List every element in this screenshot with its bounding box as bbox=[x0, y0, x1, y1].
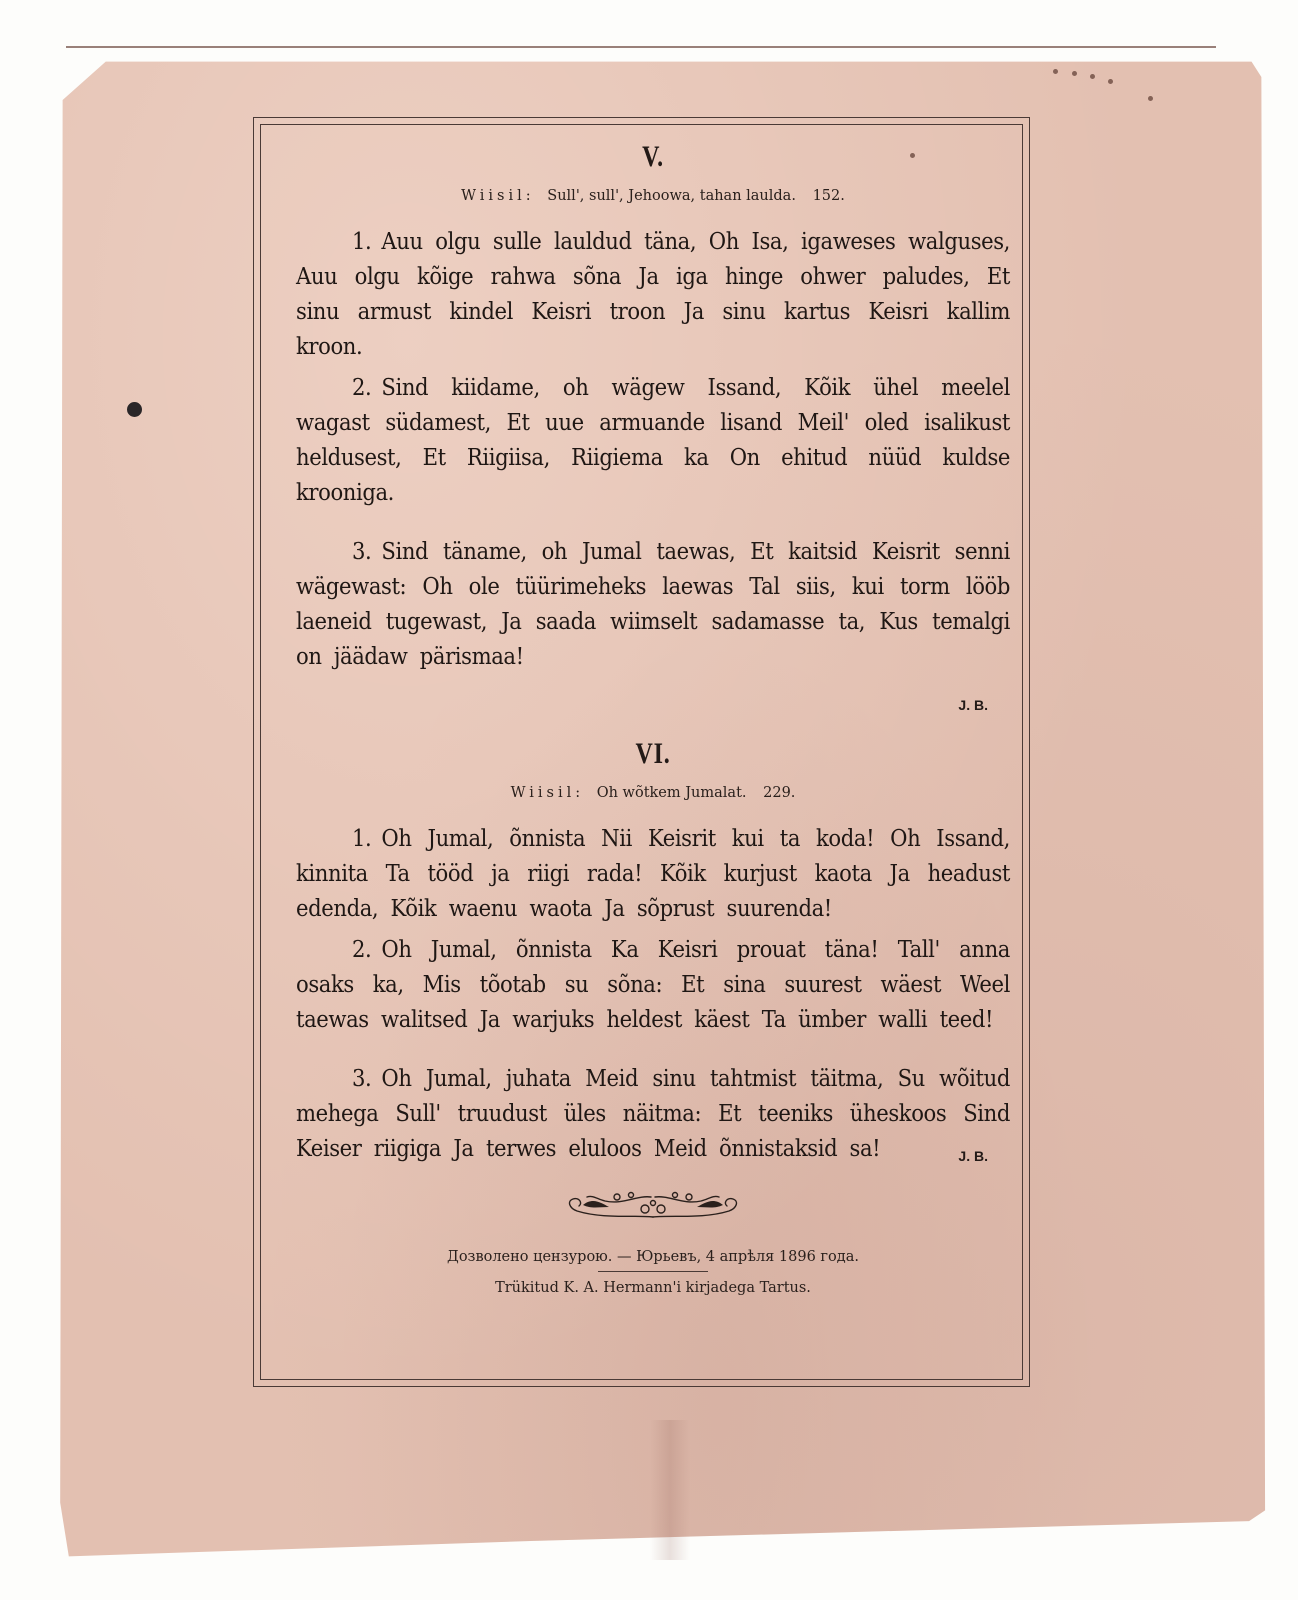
scroll-flourish-ornament-icon bbox=[563, 1189, 743, 1223]
section-number: VI. bbox=[367, 737, 938, 771]
paper-speck bbox=[1108, 79, 1113, 84]
verse-text: Oh Jumal, õnnista Nii Keisrit kui ta kod… bbox=[296, 824, 1010, 922]
tune-title: Sull', sull', Jehoowa, tahan laulda. bbox=[547, 188, 796, 204]
paper-speck bbox=[1072, 71, 1077, 76]
paper-speck bbox=[1090, 74, 1095, 79]
verse-number: 1. bbox=[352, 824, 371, 852]
verse-list: 1.Oh Jumal, õnnista Nii Keisrit kui ta k… bbox=[296, 821, 1010, 1166]
tune-number: 152. bbox=[813, 188, 845, 204]
hymn-sheet-content: V. Wiisil: Sull', sull', Jehoowa, tahan … bbox=[296, 140, 1010, 1296]
printer-imprint: Trükitud K. A. Hermann'i kirjadega Tartu… bbox=[296, 1280, 1010, 1296]
tune-line: Wiisil: Oh wõtkem Jumalat. 229. bbox=[296, 785, 1010, 801]
verse-number: 2. bbox=[352, 935, 371, 963]
verse-number: 2. bbox=[352, 373, 371, 401]
verse: 2.Sind kiidame, oh wägew Issand, Kõik üh… bbox=[296, 370, 1010, 510]
verse-text: Sind täname, oh Jumal taewas, Et kaitsid… bbox=[296, 537, 1010, 670]
paper-fold-edge bbox=[66, 46, 1216, 48]
verse-list: 1.Auu olgu sulle lauldud täna, Oh Isa, i… bbox=[296, 224, 1010, 674]
author-signature: J. B. bbox=[296, 697, 988, 713]
divider-rule bbox=[598, 1271, 708, 1272]
hymn-section-vi: VI. Wiisil: Oh wõtkem Jumalat. 229. 1.Oh… bbox=[296, 737, 1010, 1166]
tune-line: Wiisil: Sull', sull', Jehoowa, tahan lau… bbox=[296, 188, 1010, 204]
paper-speck bbox=[1148, 96, 1153, 101]
tune-number: 229. bbox=[763, 785, 795, 801]
verse: 2.Oh Jumal, õnnista Ka Keisri prouat tän… bbox=[296, 932, 1010, 1037]
last-verse-with-signature: 3.Oh Jumal, juhata Meid sinu tahtmist tä… bbox=[296, 1061, 1010, 1166]
verse: 1.Oh Jumal, õnnista Nii Keisrit kui ta k… bbox=[296, 821, 1010, 926]
section-number: V. bbox=[367, 140, 938, 174]
verse: 1.Auu olgu sulle lauldud täna, Oh Isa, i… bbox=[296, 224, 1010, 364]
verse-text: Oh Jumal, õnnista Ka Keisri prouat täna!… bbox=[296, 935, 1010, 1033]
verse-text: Oh Jumal, juhata Meid sinu tahtmist täit… bbox=[296, 1064, 1010, 1162]
verse-text: Sind kiidame, oh wägew Issand, Kõik ühel… bbox=[296, 373, 1010, 506]
tune-title: Oh wõtkem Jumalat. bbox=[597, 785, 747, 801]
verse-number: 3. bbox=[352, 1064, 371, 1092]
paper-stain bbox=[650, 1420, 690, 1560]
verse-text: Auu olgu sulle lauldud täna, Oh Isa, iga… bbox=[296, 227, 1010, 360]
verse-number: 1. bbox=[352, 227, 371, 255]
verse-number: 3. bbox=[352, 537, 371, 565]
hymn-section-v: V. Wiisil: Sull', sull', Jehoowa, tahan … bbox=[296, 140, 1010, 713]
paper-speck bbox=[1053, 69, 1058, 74]
verse: 3.Sind täname, oh Jumal taewas, Et kaits… bbox=[296, 534, 1010, 674]
verse: 3.Oh Jumal, juhata Meid sinu tahtmist tä… bbox=[296, 1061, 1010, 1166]
author-signature: J. B. bbox=[958, 1148, 988, 1164]
tune-label: Wiisil: bbox=[461, 188, 535, 204]
punch-hole bbox=[127, 402, 142, 417]
tune-label: Wiisil: bbox=[511, 785, 585, 801]
censorship-note: Дозволено цензурою. — Юрьевъ, 4 апрѣля 1… bbox=[296, 1249, 1010, 1265]
